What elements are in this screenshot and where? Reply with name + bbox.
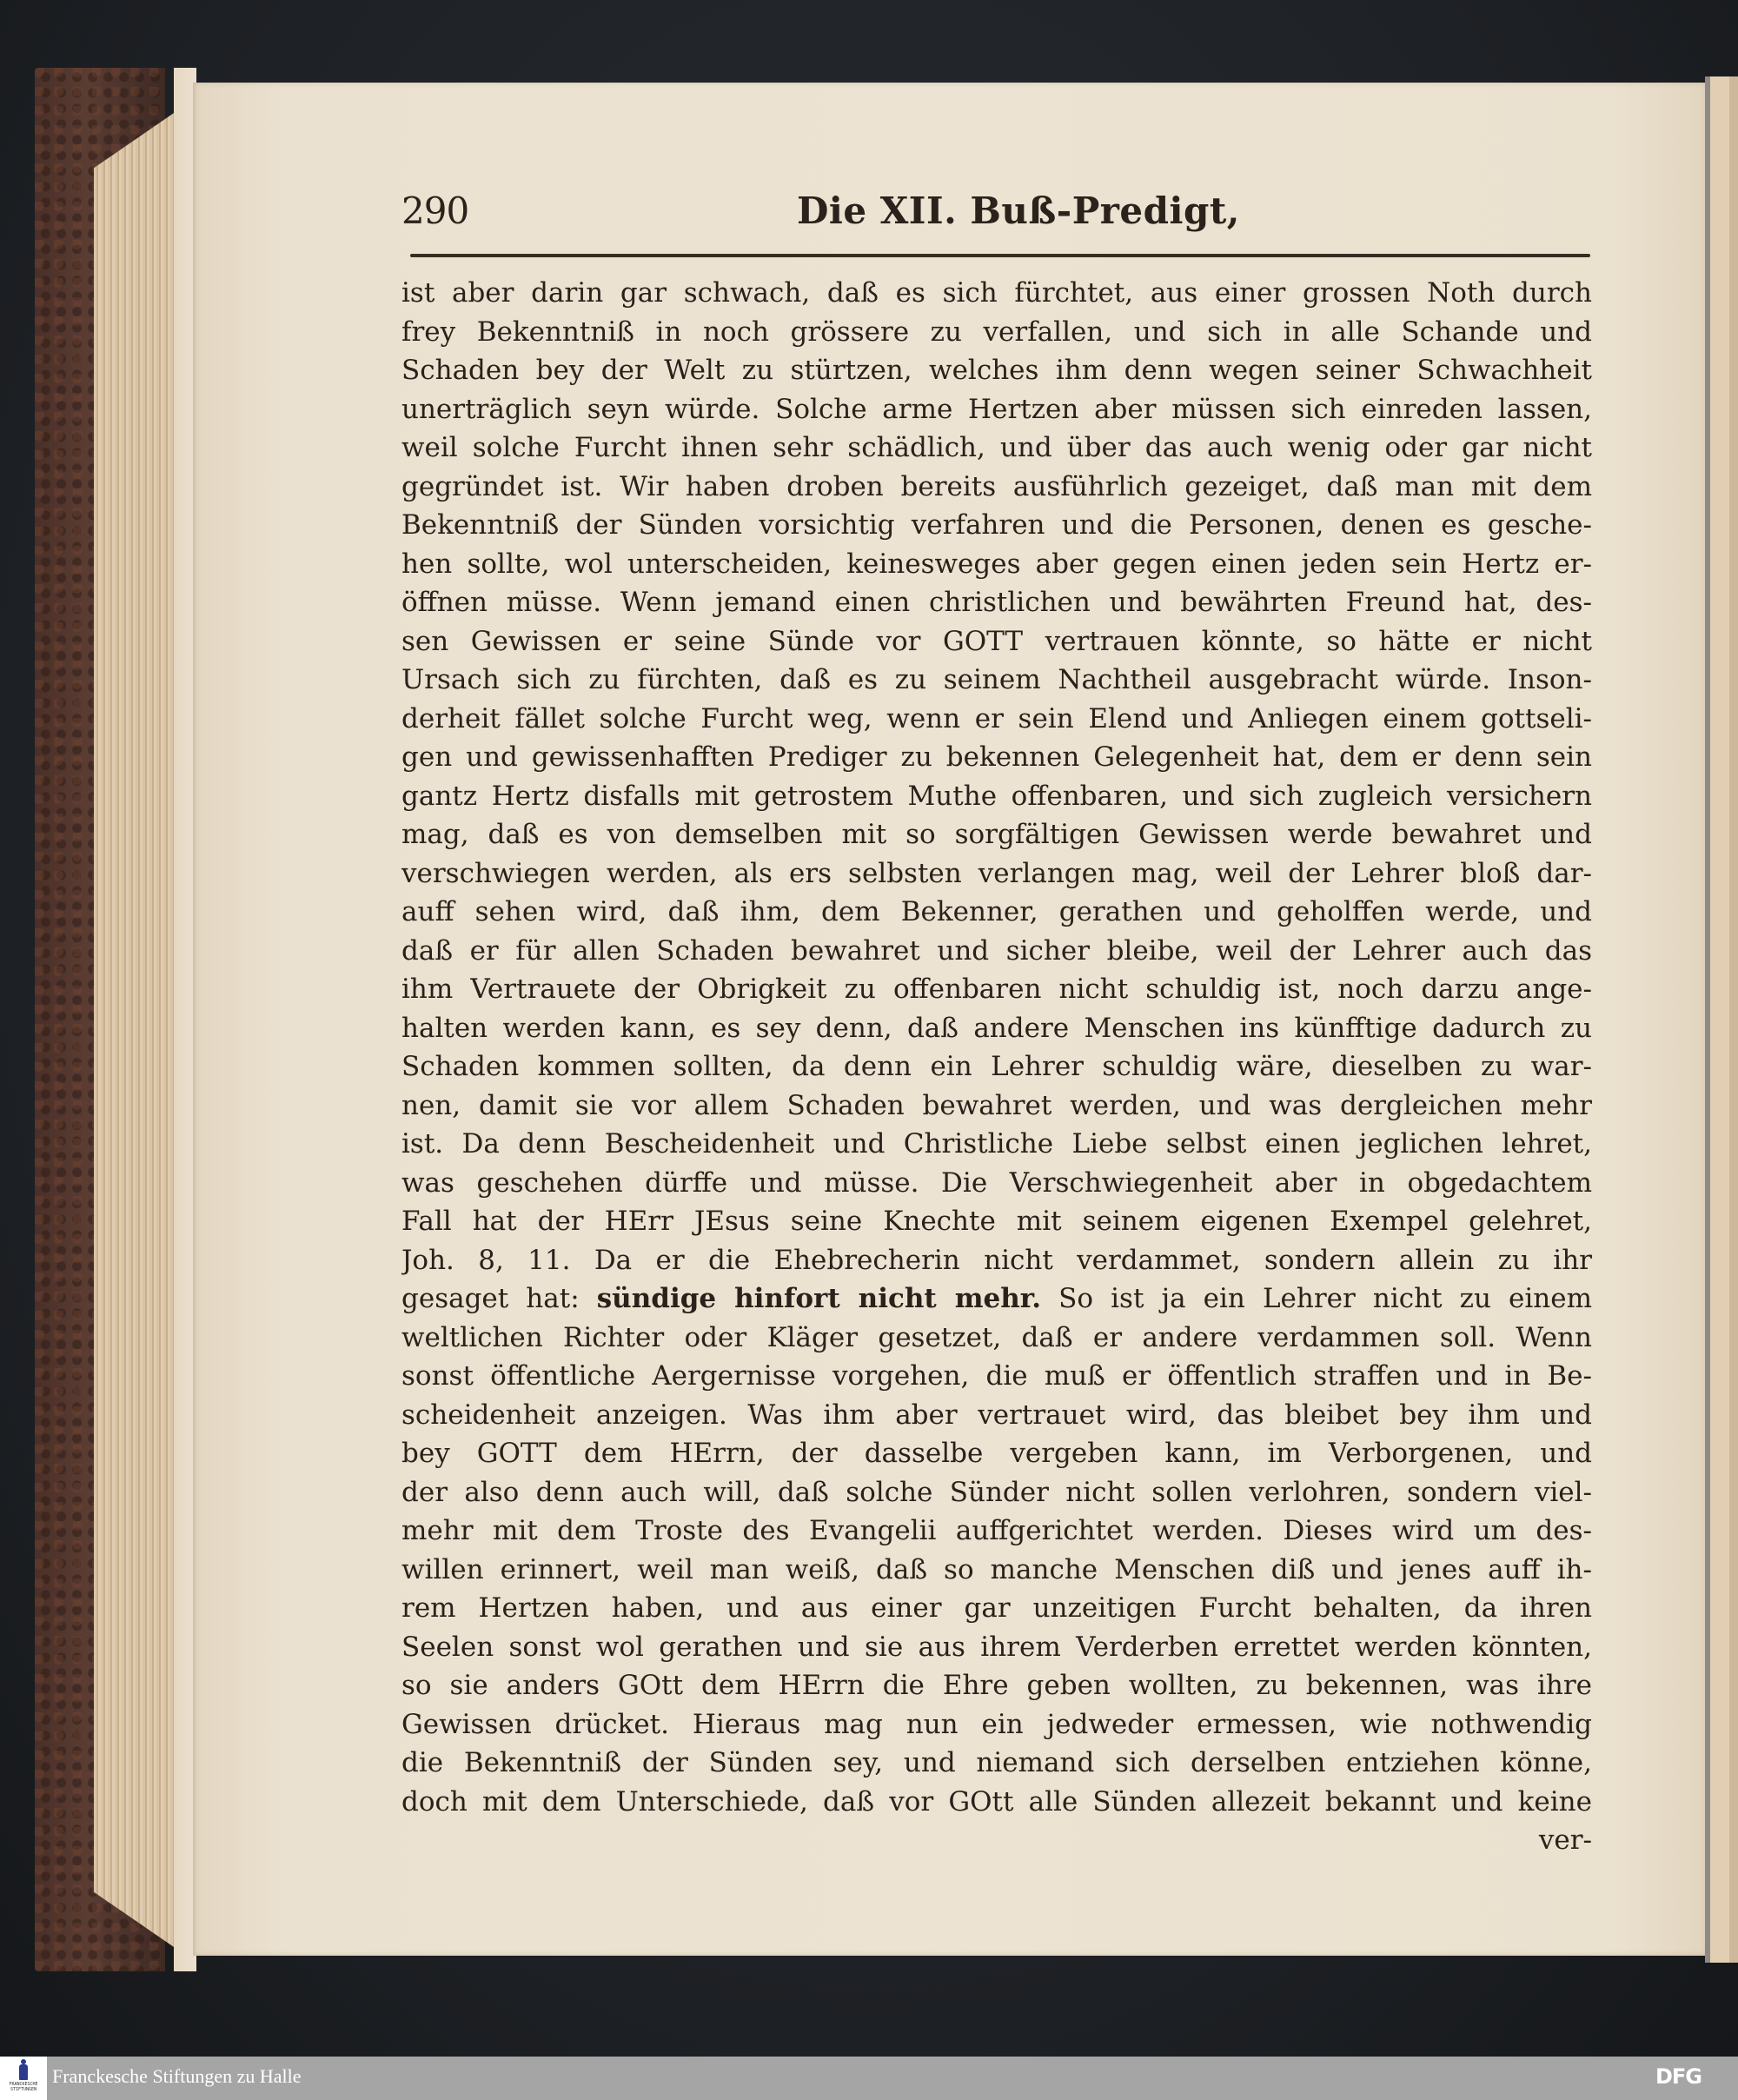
text-line: ihm Vertrauete der Obrigkeit zu offenbar… [401,970,1592,1009]
text-line: derheit fället solche Furcht weg, wenn e… [401,700,1592,739]
text-line: gantz Hertz disfalls mit getrostem Muthe… [401,777,1592,816]
running-head: 290 Die XII. Buß-Predigt, [401,189,1588,242]
footer-bar: FRANCKESCHE STIFTUNGEN Franckesche Stift… [0,2057,1738,2100]
emphasis-line: gesaget hat: sündige hinfort nicht mehr.… [401,1279,1592,1319]
text-line: sen Gewissen er seine Sünde vor GOTT ver… [401,622,1592,661]
text-line: bey GOTT dem HErrn, der dasselbe vergebe… [401,1434,1592,1473]
dfg-logo[interactable]: DFG [1655,2064,1702,2089]
text-line: die Bekenntniß der Sünden sey, und niema… [401,1744,1592,1783]
text-line: Gewissen drücket. Hieraus mag nun ein je… [401,1705,1592,1744]
text-line: Joh. 8, 11. Da er die Ehebrecherin nicht… [401,1241,1592,1280]
institution-logo[interactable]: FRANCKESCHE STIFTUNGEN [0,2057,47,2100]
body-text: ist aber darin gar schwach, daß es sich … [401,274,1592,1860]
text-line: weltlichen Richter oder Kläger gesetzet,… [401,1319,1592,1358]
text-line: rem Hertzen haben, und aus einer gar unz… [401,1589,1592,1628]
emphasized-quote: sündige hinfort nicht mehr. [597,1283,1041,1314]
header-rule [410,254,1590,257]
text-line: gegründet ist. Wir haben droben bereits … [401,468,1592,507]
text-line: was geschehen dürffe und müsse. Die Vers… [401,1164,1592,1203]
text-line: Schaden kommen sollten, da denn ein Lehr… [401,1047,1592,1087]
text-line: unerträglich seyn würde. Solche arme Her… [401,390,1592,429]
text-line: mehr mit dem Troste des Evangelii auffge… [401,1512,1592,1551]
text-line: der also denn auch will, daß solche Sünd… [401,1473,1592,1512]
institution-name[interactable]: Franckesche Stiftungen zu Halle [52,2065,302,2088]
text-line: sonst öffentliche Aergernisse vorgehen, … [401,1357,1592,1396]
text-line: frey Bekenntniß in noch grössere zu verf… [401,313,1592,352]
emphasis-after: So ist ja ein Lehrer nicht zu einem [1041,1283,1592,1314]
text-line: hen sollte, wol unterscheiden, keinesweg… [401,545,1592,584]
text-line: daß er für allen Schaden bewahret und si… [401,932,1592,971]
text-line: Schaden bey der Welt zu stürtzen, welche… [401,351,1592,390]
page-number: 290 [401,189,468,232]
text-line: verschwiegen werden, als ers selbsten ve… [401,854,1592,894]
text-line: gen und gewissenhafften Prediger zu beke… [401,738,1592,777]
text-line: Ursach sich zu fürchten, daß es zu seine… [401,661,1592,700]
text-line: doch mit dem Unterschiede, daß vor GOtt … [401,1783,1592,1822]
text-line: öffnen müsse. Wenn jemand einen christli… [401,583,1592,622]
text-line: so sie anders GOtt dem HErrn die Ehre ge… [401,1666,1592,1705]
emphasis-before: gesaget hat: [401,1283,597,1314]
text-line: ist. Da denn Bescheidenheit und Christli… [401,1125,1592,1164]
text-line: auff sehen wird, daß ihm, dem Bekenner, … [401,893,1592,932]
text-line: Seelen sonst wol gerathen und sie aus ih… [401,1628,1592,1667]
text-line: Bekenntniß der Sünden vorsichtig verfahr… [401,506,1592,545]
catchword: ver- [401,1821,1592,1860]
page-edges [94,113,174,1947]
text-line: Fall hat der HErr JEsus seine Knechte mi… [401,1202,1592,1241]
text-line: scheidenheit anzeigen. Was ihm aber vert… [401,1396,1592,1435]
running-head-title: Die XII. Buß-Predigt, [797,189,1240,232]
logo-text: FRANCKESCHE STIFTUNGEN [9,2082,37,2092]
facing-page-edge [1705,76,1738,1963]
logo-figure-icon [19,2064,28,2080]
text-line: nen, damit sie vor allem Schaden bewahre… [401,1087,1592,1126]
text-line: ist aber darin gar schwach, daß es sich … [401,274,1592,313]
text-line: weil solche Furcht ihnen sehr schädlich,… [401,429,1592,468]
text-line: mag, daß es von demselben mit so sorgfäl… [401,815,1592,854]
text-line: willen erinnert, weil man weiß, daß so m… [401,1551,1592,1590]
text-line: halten werden kann, es sey denn, daß and… [401,1009,1592,1048]
